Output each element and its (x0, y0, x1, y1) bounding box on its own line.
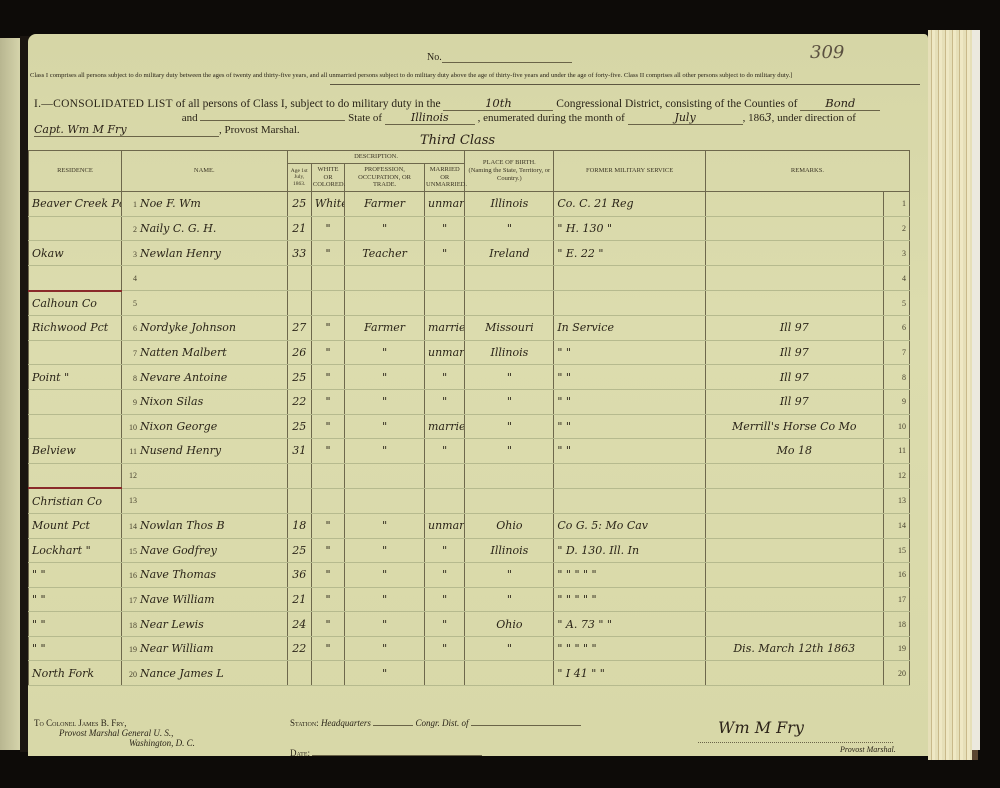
cell-age: 36 (287, 563, 311, 588)
cell-residence: " " (29, 587, 122, 612)
cell-profession: " (345, 661, 425, 686)
cell-residence: " " (29, 636, 122, 661)
cell-birth: " (465, 414, 554, 439)
table-row: 44 (29, 265, 910, 290)
cell-residence: " " (29, 563, 122, 588)
person-name: Nave Godfrey (140, 544, 217, 557)
person-name: Nowlan Thos B (140, 519, 225, 532)
table-row: Mount Pct14Nowlan Thos B18""unmarriedOhi… (29, 513, 910, 538)
row-number-right: 6 (883, 316, 909, 341)
cell-residence: Belview (29, 439, 122, 464)
cell-color: " (311, 538, 344, 563)
cell-residence: Calhoun Co (29, 291, 122, 316)
cell-age: 33 (287, 241, 311, 266)
cell-birth: " (465, 587, 554, 612)
table-row: North Fork20Nance James L"" I 41 " "20 (29, 661, 910, 686)
cell-service (554, 488, 706, 513)
cell-service: " H. 130 " (554, 216, 706, 241)
number-field-line (442, 62, 572, 63)
cell-profession: " (345, 538, 425, 563)
cell-married: " (425, 612, 465, 637)
cell-service: " I 41 " " (554, 661, 706, 686)
cell-color: " (311, 389, 344, 414)
title-text: of all persons of Class I, subject to do… (176, 98, 441, 110)
cell-service: " " " " " (554, 636, 706, 661)
row-number-right: 2 (883, 216, 909, 241)
folio-number: 309 (810, 42, 844, 63)
cell-remarks (705, 612, 883, 637)
enumerated-label: , enumerated during the month of (478, 112, 625, 124)
cell-age: 31 (287, 439, 311, 464)
cell-age: 25 (287, 192, 311, 217)
table-row: Beaver Creek Pct1Noe F. Wm25WhiteFarmeru… (29, 192, 910, 217)
cell-profession: " (345, 563, 425, 588)
cell-profession: " (345, 365, 425, 390)
left-page-edge (0, 38, 22, 750)
person-name: Nordyke Johnson (140, 321, 236, 334)
cell-age (287, 488, 311, 513)
row-number: 7 (125, 349, 137, 358)
table-row: 7Natten Malbert26""unmarriedIllinois" "I… (29, 340, 910, 365)
state-label: State of (348, 112, 382, 124)
row-number-right: 11 (883, 439, 909, 464)
cell-birth: Missouri (465, 316, 554, 341)
col-color: White or Colored. (311, 163, 344, 191)
row-number-right: 8 (883, 365, 909, 390)
cell-name: 10Nixon George (121, 414, 287, 439)
row-number-right: 9 (883, 389, 909, 414)
cell-remarks: Ill 97 (705, 316, 883, 341)
cell-married (425, 661, 465, 686)
date-label: Date: (290, 748, 310, 758)
person-name: Nixon George (140, 420, 217, 433)
person-name: Natten Malbert (140, 346, 227, 359)
cell-profession: " (345, 414, 425, 439)
row-number: 18 (125, 621, 137, 630)
cell-residence (29, 265, 122, 290)
cell-service: " " (554, 414, 706, 439)
cell-remarks: Ill 97 (705, 389, 883, 414)
col-birth: Place of Birth.(Naming the State, Territ… (465, 151, 554, 192)
class-handwritten-note: Third Class (420, 133, 495, 148)
class-definition-note: Class I comprises all persons subject to… (30, 72, 930, 79)
cell-birth: Ohio (465, 612, 554, 637)
cell-profession: " (345, 340, 425, 365)
cell-birth: " (465, 389, 554, 414)
cell-married: " (425, 538, 465, 563)
cell-service: " E. 22 " (554, 241, 706, 266)
cell-color: " (311, 513, 344, 538)
cell-name: 14Nowlan Thos B (121, 513, 287, 538)
row-number-right: 16 (883, 563, 909, 588)
cell-birth: " (465, 216, 554, 241)
cell-age: 22 (287, 389, 311, 414)
addressee-name: To Colonel James B. Fry, (34, 718, 195, 728)
and-field (200, 120, 345, 121)
cell-color: " (311, 587, 344, 612)
year-label: , 186 (743, 112, 765, 124)
cell-name: 3Newlan Henry (121, 241, 287, 266)
cell-married: unmarried (425, 340, 465, 365)
state-field: Illinois (385, 111, 475, 125)
cell-married: " (425, 636, 465, 661)
enrollment-table: Residence Name. Description. Place of Bi… (28, 150, 910, 686)
cell-age: 25 (287, 414, 311, 439)
table-row: Point "8Nevare Antoine25""""" "Ill 978 (29, 365, 910, 390)
cell-service: " " (554, 439, 706, 464)
cell-color: " (311, 414, 344, 439)
row-number: 16 (125, 571, 137, 580)
col-residence: Residence (29, 151, 122, 192)
counties-field: Bond (800, 96, 880, 111)
cell-name: 19Near William (121, 636, 287, 661)
row-number-right: 17 (883, 587, 909, 612)
cell-remarks (705, 538, 883, 563)
cell-married (425, 463, 465, 488)
row-number: 17 (125, 596, 137, 605)
cell-color: " (311, 636, 344, 661)
cell-name: 17Nave William (121, 587, 287, 612)
row-number-right: 5 (883, 291, 909, 316)
cell-residence (29, 340, 122, 365)
cell-name: 20Nance James L (121, 661, 287, 686)
cell-birth (465, 291, 554, 316)
cell-color (311, 463, 344, 488)
cell-profession: " (345, 612, 425, 637)
year-digit: 3 (765, 111, 772, 124)
addressee-place: Washington, D. C. (129, 738, 195, 748)
cell-service: " " (554, 365, 706, 390)
district-field: 10th (443, 96, 553, 111)
row-number: 12 (125, 471, 137, 480)
title-line: I.—CONSOLIDATED LIST of all persons of C… (34, 96, 880, 111)
cell-age: 18 (287, 513, 311, 538)
person-name: Nave Thomas (140, 568, 216, 581)
cell-birth: Illinois (465, 538, 554, 563)
date-line: Date: (290, 748, 482, 758)
marshal-field: Capt. Wm M Fry (34, 123, 219, 137)
cell-residence: Richwood Pct (29, 316, 122, 341)
cell-color (311, 291, 344, 316)
cell-birth: Illinois (465, 340, 554, 365)
station-label: Station: (290, 718, 319, 728)
person-name: Nave William (140, 593, 215, 606)
cell-profession: " (345, 389, 425, 414)
cell-name: 16Nave Thomas (121, 563, 287, 588)
cell-profession (345, 265, 425, 290)
cell-birth (465, 265, 554, 290)
cell-age (287, 463, 311, 488)
cell-residence (29, 463, 122, 488)
cell-service (554, 265, 706, 290)
cell-birth: Illinois (465, 192, 554, 217)
cell-remarks (705, 291, 883, 316)
cell-remarks (705, 463, 883, 488)
row-number: 4 (125, 274, 137, 283)
cell-name: 13 (121, 488, 287, 513)
table-row: " "16Nave Thomas36""""" " " " "16 (29, 563, 910, 588)
cell-service: Co. C. 21 Reg (554, 192, 706, 217)
cell-profession (345, 488, 425, 513)
row-number-right: 10 (883, 414, 909, 439)
cell-residence: Beaver Creek Pct (29, 192, 122, 217)
row-number-right: 20 (883, 661, 909, 686)
cell-remarks (705, 563, 883, 588)
cell-remarks: Dis. March 12th 1863 (705, 636, 883, 661)
title-prefix: I.—CONSOLIDATED LIST (34, 98, 173, 110)
addressee-block: To Colonel James B. Fry, Provost Marshal… (34, 712, 195, 748)
cell-residence: Lockhart " (29, 538, 122, 563)
cell-married: " (425, 439, 465, 464)
cell-birth: Ireland (465, 241, 554, 266)
table-row: Christian Co1313 (29, 488, 910, 513)
row-number: 10 (125, 423, 137, 432)
row-number-right: 1 (883, 192, 909, 217)
cell-remarks: Ill 97 (705, 365, 883, 390)
cell-color (311, 488, 344, 513)
cell-residence: Okaw (29, 241, 122, 266)
row-number-right: 3 (883, 241, 909, 266)
birth-subheading: (Naming the State, Territory, or Country… (466, 167, 552, 183)
cell-remarks: Mo 18 (705, 439, 883, 464)
cell-service: " A. 73 " " (554, 612, 706, 637)
col-age: Age 1st July, 1863. (287, 163, 311, 191)
row-number-right: 4 (883, 265, 909, 290)
cell-name: 4 (121, 265, 287, 290)
cell-married: unmarried (425, 513, 465, 538)
table-row: 10Nixon George25""married"" "Merrill's H… (29, 414, 910, 439)
cell-age: 25 (287, 365, 311, 390)
cell-service: In Service (554, 316, 706, 341)
cell-name: 11Nusend Henry (121, 439, 287, 464)
cell-married: unmarried (425, 192, 465, 217)
district-text: Congressional District, consisting of th… (556, 98, 797, 110)
signature-title: Provost Marshal. (840, 745, 896, 754)
cell-residence: Mount Pct (29, 513, 122, 538)
cell-color: " (311, 439, 344, 464)
cell-age: 27 (287, 316, 311, 341)
col-profession: Profession, Occupation, or Trade. (345, 163, 425, 191)
row-number-right: 15 (883, 538, 909, 563)
cell-color: " (311, 612, 344, 637)
number-label: No. (427, 52, 442, 63)
cell-remarks (705, 241, 883, 266)
person-name: Naily C. G. H. (140, 222, 216, 235)
table-row: 9Nixon Silas22""""" "Ill 979 (29, 389, 910, 414)
cell-name: 8Nevare Antoine (121, 365, 287, 390)
row-number-right: 14 (883, 513, 909, 538)
cell-name: 12 (121, 463, 287, 488)
cell-married: " (425, 587, 465, 612)
cell-profession: Farmer (345, 316, 425, 341)
cell-remarks (705, 587, 883, 612)
cell-birth (465, 661, 554, 686)
cell-age: 25 (287, 538, 311, 563)
table-row: Richwood Pct6Nordyke Johnson27"Farmermar… (29, 316, 910, 341)
row-number-right: 13 (883, 488, 909, 513)
cell-married: " (425, 241, 465, 266)
cell-name: 6Nordyke Johnson (121, 316, 287, 341)
cell-residence: Point " (29, 365, 122, 390)
cell-residence (29, 414, 122, 439)
cell-service: " D. 130. Ill. In (554, 538, 706, 563)
cell-remarks (705, 192, 883, 217)
cell-color: " (311, 563, 344, 588)
month-field: July (628, 111, 743, 125)
cell-residence: Christian Co (29, 488, 122, 513)
cell-profession (345, 291, 425, 316)
direction-label: , under direction of (772, 112, 856, 124)
cell-married: married (425, 414, 465, 439)
row-number: 5 (125, 299, 137, 308)
congr-label: Congr. Dist. of (415, 718, 468, 728)
table-row: Calhoun Co55 (29, 291, 910, 316)
cell-birth: " (465, 439, 554, 464)
cell-married (425, 265, 465, 290)
col-service: Former Military Service (554, 151, 706, 192)
table-row: Okaw3Newlan Henry33"Teacher"Ireland" E. … (29, 241, 910, 266)
table-row: " "18Near Lewis24"""Ohio" A. 73 " "18 (29, 612, 910, 637)
cell-service (554, 291, 706, 316)
congr-blank (471, 725, 581, 726)
table-row: 1212 (29, 463, 910, 488)
table-row: Lockhart "15Nave Godfrey25"""Illinois" D… (29, 538, 910, 563)
cell-married (425, 291, 465, 316)
addressee-title: Provost Marshal General U. S., (59, 728, 195, 738)
cell-age: 21 (287, 587, 311, 612)
person-name: Nixon Silas (140, 395, 203, 408)
table-row: " "19Near William22""""" " " " "Dis. Mar… (29, 636, 910, 661)
marshal-line: Capt. Wm M Fry, Provost Marshal. (34, 123, 300, 137)
cell-married: married (425, 316, 465, 341)
cell-service: " " (554, 389, 706, 414)
row-number: 13 (125, 496, 137, 505)
cell-profession: Teacher (345, 241, 425, 266)
cell-married: " (425, 365, 465, 390)
person-name: Newlan Henry (140, 247, 221, 260)
cell-profession: " (345, 587, 425, 612)
cell-married: " (425, 389, 465, 414)
cell-residence (29, 389, 122, 414)
cell-married (425, 488, 465, 513)
person-name: Nance James L (140, 667, 224, 680)
row-number: 6 (125, 324, 137, 333)
cell-service: " " " " " (554, 563, 706, 588)
marshal-signature: Wm M Fry (718, 718, 804, 737)
cell-profession (345, 463, 425, 488)
row-number-right: 7 (883, 340, 909, 365)
cell-residence: " " (29, 612, 122, 637)
cell-name: 5 (121, 291, 287, 316)
cell-remarks (705, 216, 883, 241)
person-name: Near Lewis (140, 618, 204, 631)
cell-name: 2Naily C. G. H. (121, 216, 287, 241)
cell-color: " (311, 316, 344, 341)
person-name: Near William (140, 642, 214, 655)
page-edges (928, 30, 978, 760)
row-number-right: 12 (883, 463, 909, 488)
cell-profession: " (345, 513, 425, 538)
cell-remarks (705, 488, 883, 513)
table-row: 2Naily C. G. H.21""""" H. 130 "2 (29, 216, 910, 241)
row-number: 3 (125, 250, 137, 259)
person-name: Nevare Antoine (140, 371, 227, 384)
cell-residence: North Fork (29, 661, 122, 686)
cell-birth (465, 463, 554, 488)
cell-name: 9Nixon Silas (121, 389, 287, 414)
marshal-label: , Provost Marshal. (219, 124, 300, 136)
cell-color: " (311, 216, 344, 241)
row-number: 11 (125, 447, 137, 456)
cell-age (287, 661, 311, 686)
cell-color (311, 661, 344, 686)
cell-profession: " (345, 636, 425, 661)
cell-married: " (425, 563, 465, 588)
cell-color (311, 265, 344, 290)
row-number: 14 (125, 522, 137, 531)
station-line: Station: Headquarters Congr. Dist. of (290, 718, 581, 728)
station-blank (373, 725, 413, 726)
cell-birth: " (465, 563, 554, 588)
cell-profession: Farmer (345, 192, 425, 217)
cell-remarks (705, 661, 883, 686)
row-number-right: 18 (883, 612, 909, 637)
cover-edge (972, 30, 980, 750)
cell-name: 1Noe F. Wm (121, 192, 287, 217)
birth-heading: Place of Birth. (466, 159, 552, 167)
col-name: Name. (121, 151, 287, 192)
person-name: Nusend Henry (140, 444, 221, 457)
station-value: Headquarters (321, 718, 371, 728)
cell-service: Co G. 5: Mo Cav (554, 513, 706, 538)
cell-service: " " (554, 340, 706, 365)
cell-remarks (705, 265, 883, 290)
signature-line (698, 742, 893, 743)
cell-color: " (311, 365, 344, 390)
col-remarks: Remarks. (705, 151, 909, 192)
cell-name: 15Nave Godfrey (121, 538, 287, 563)
row-number: 9 (125, 398, 137, 407)
cell-color: White (311, 192, 344, 217)
cell-age: 26 (287, 340, 311, 365)
cell-birth: " (465, 365, 554, 390)
cell-birth: " (465, 636, 554, 661)
date-blank (312, 755, 482, 756)
cell-age: 21 (287, 216, 311, 241)
row-number: 1 (125, 200, 137, 209)
col-description: Description. (287, 151, 465, 164)
cell-birth: Ohio (465, 513, 554, 538)
cell-service: " " " " " (554, 587, 706, 612)
cell-name: 7Natten Malbert (121, 340, 287, 365)
cell-birth (465, 488, 554, 513)
cell-color: " (311, 241, 344, 266)
cell-service (554, 463, 706, 488)
col-married: Married or Unmarried. (425, 163, 465, 191)
cell-remarks: Merrill's Horse Co Mo (705, 414, 883, 439)
table-row: " "17Nave William21""""" " " " "17 (29, 587, 910, 612)
cell-age (287, 265, 311, 290)
row-number: 20 (125, 670, 137, 679)
cell-age (287, 291, 311, 316)
row-number: 19 (125, 645, 137, 654)
person-name: Noe F. Wm (140, 197, 201, 210)
row-number: 8 (125, 374, 137, 383)
cell-married: " (425, 216, 465, 241)
cell-age: 24 (287, 612, 311, 637)
cell-remarks: Ill 97 (705, 340, 883, 365)
cell-profession: " (345, 439, 425, 464)
